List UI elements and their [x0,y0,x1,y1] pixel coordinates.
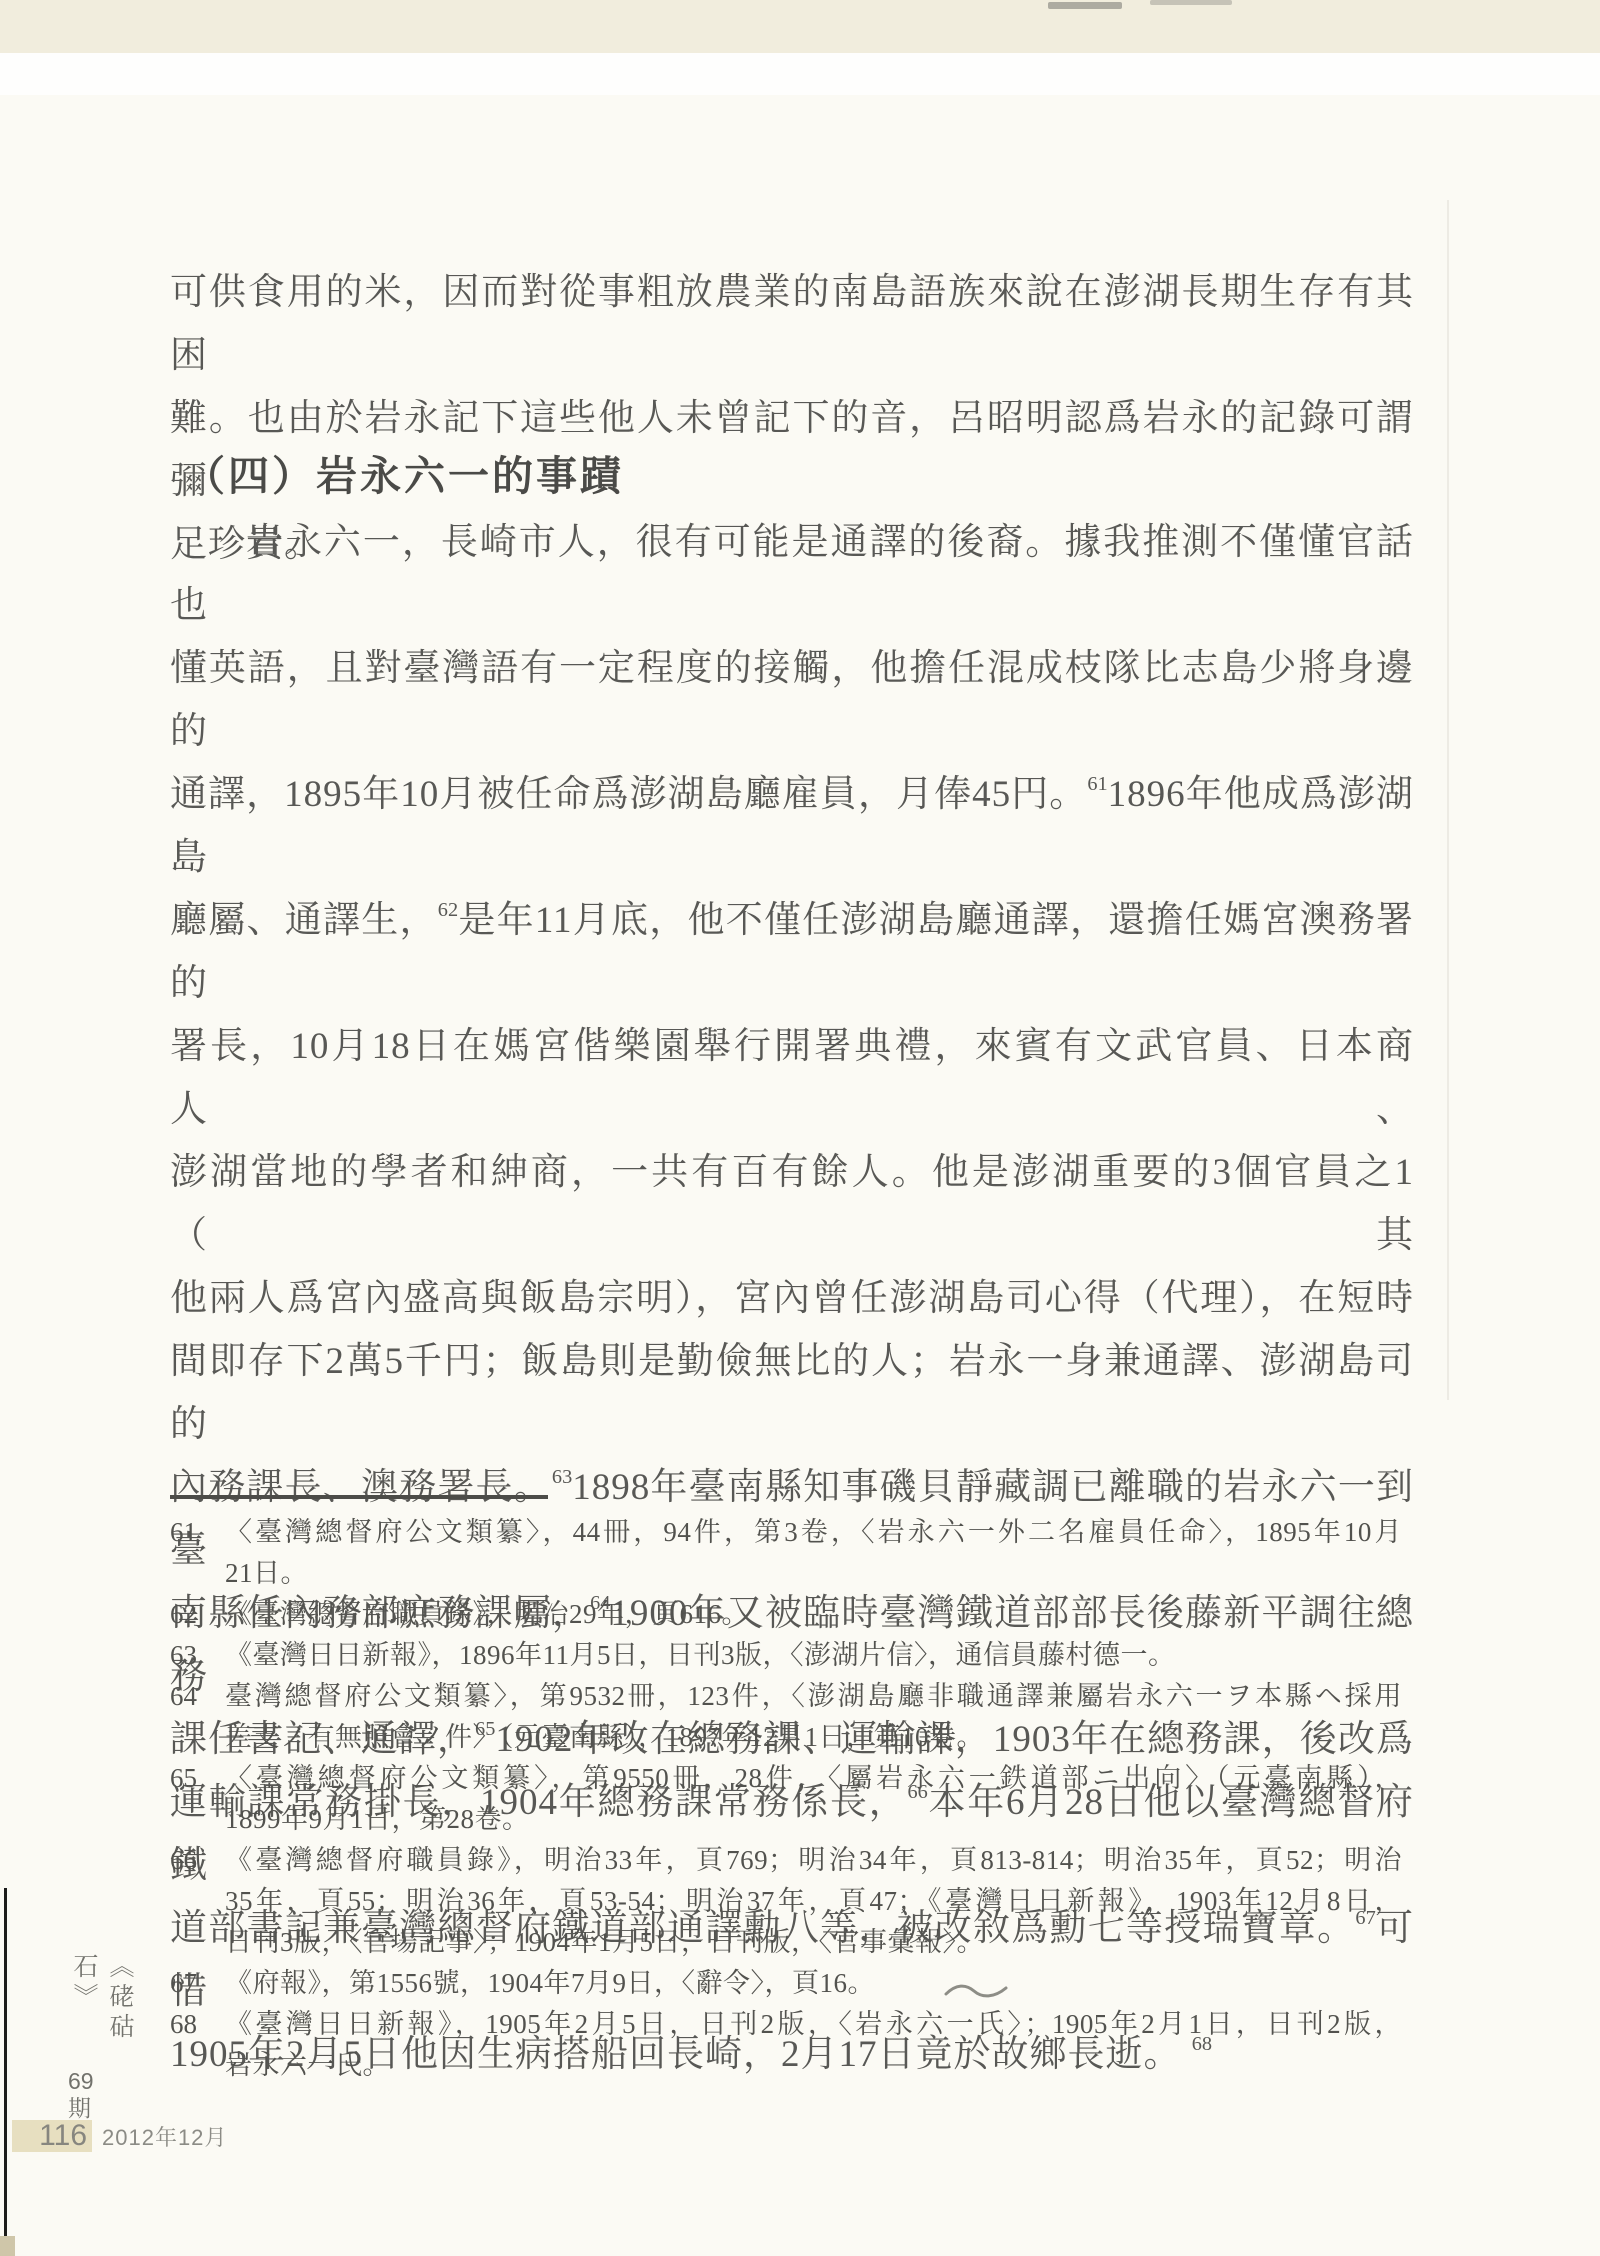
footnote-item: 63《臺灣日日新報》，1896年11月5日，日刊3版，〈澎湖片信〉，通信員藤村德… [170,1635,1402,1676]
footnote-marker: 62 [438,899,458,921]
body-text-line: 懂英語，且對臺灣語有一定程度的接觸，他擔任混成枝隊比志島少將身邊的 [170,637,1414,763]
journal-issue-date: 2012年12月 [102,2125,227,2151]
footnote-item: 62《臺灣總督府職員錄》，明治29年，頁616。 [170,1594,1402,1635]
body-text-line: 澎湖當地的學者和紳商，一共有百有餘人。他是澎湖重要的3個官員之1（其 [170,1141,1414,1267]
footnote-number: 66 [170,1840,225,1881]
page-number-badge: 116 [12,2120,92,2152]
section-heading: （四）岩永六一的事蹟 [184,450,1184,502]
scan-edge-strip [0,2236,15,2256]
footnote-text: 〈臺灣總督府公文類纂〉，44冊，94件，第3卷，〈岩永六一外二名雇員任命〉，18… [225,1512,1402,1594]
body-text-line: 間即存下2萬5千円；飯島則是勤儉無比的人；岩永一身兼通譯、澎湖島司的 [170,1330,1414,1456]
footnote-number: 62 [170,1594,225,1635]
footnote-text: 《臺灣總督府職員錄》，明治33年，頁769；明治34年，頁813-814；明治3… [225,1840,1402,1963]
footnote-text: 《臺灣日日新報》，1905年2月5日，日刊2版，〈岩永六一氏〉；1905年2月1… [225,2004,1402,2086]
footnote-text-line: 35年，頁55；明治36年，頁53-54；明治37年，頁47；《臺灣日日新報》，… [225,1881,1402,1922]
scan-smudge [1048,2,1122,9]
scan-smudge [1150,0,1232,5]
footnote-text-line: 臺灣總督府公文類纂〉，第9532冊，123件，〈澎湖島廳非職通譯兼屬岩永六一ヲ本… [225,1676,1402,1717]
footnote-marker: 63 [552,1466,572,1488]
body-text-line: 廳屬、通譯生，62是年11月底，他不僅任澎湖島廳通譯，還擔任媽宮澳務署的 [170,889,1414,1015]
footnote-item: 66《臺灣總督府職員錄》，明治33年，頁769；明治34年，頁813-814；明… [170,1840,1402,1963]
footnote-text: 《府報》，第1556號，1904年7月9日，〈辭令〉，頁16。 [225,1963,1402,2004]
footnote-text: 臺灣總督府公文類纂〉，第9532冊，123件，〈澎湖島廳非職通譯兼屬岩永六一ヲ本… [225,1676,1402,1758]
footnote-marker: 61 [1087,773,1107,795]
footnote-item: 67《府報》，第1556號，1904年7月9日，〈辭令〉，頁16。 [170,1963,1402,2004]
body-text-line: 通譯，1895年10月被任命爲澎湖島廳雇員，月俸45円。611896年他成爲澎湖… [170,763,1414,889]
footnote-number: 65 [170,1758,225,1799]
footnote-number: 68 [170,2004,225,2045]
footnote-item: 61〈臺灣總督府公文類纂〉，44冊，94件，第3卷，〈岩永六一外二名雇員任命〉，… [170,1512,1402,1594]
scan-crease-line [1447,200,1449,1400]
pen-mark-squiggle [942,1978,1012,2004]
scan-top-band [0,0,1600,53]
footnote-text: 《臺灣日日新報》，1896年11月5日，日刊3版，〈澎湖片信〉，通信員藤村德一。 [225,1635,1402,1676]
footnote-text-line: 21日。 [225,1553,1402,1594]
footnote-number: 64 [170,1676,225,1717]
footnote-text-line: 1899年9月1日，第28卷。 [225,1799,1402,1840]
body-text-line: 署長，10月18日在媽宮偕樂園舉行開署典禮，來賓有文武官員、日本商人、 [170,1015,1414,1141]
footnote-text-line: 岩永六一氏。 [225,2045,1402,2086]
footnote-text-line: 《臺灣日日新報》，1896年11月5日，日刊3版，〈澎湖片信〉，通信員藤村德一。 [225,1635,1402,1676]
footnote-separator [170,1495,548,1499]
footnote-text: 《臺灣總督府職員錄》，明治29年，頁616。 [225,1594,1402,1635]
footnote-number: 61 [170,1512,225,1553]
footnote-text-line: 〈臺灣總督府公文類纂〉，44冊，94件，第3卷，〈岩永六一外二名雇員任命〉，18… [225,1512,1402,1553]
body-text-line: 他兩人爲宮內盛高與飯島宗明），宮內曾任澎湖島司心得（代理），在短時 [170,1267,1414,1330]
footnote-item: 64臺灣總督府公文類纂〉，第9532冊，123件，〈澎湖島廳非職通譯兼屬岩永六一… [170,1676,1402,1758]
footnote-text-line: 日刊3版，〈官場記事〉；1904年1月5日，日刊版，〈官事彙報〉。 [225,1922,1402,1963]
footnote-number: 63 [170,1635,225,1676]
body-text-line: 可供食用的米，因而對從事粗放農業的南島語族來說在澎湖長期生存有其困 [170,261,1414,387]
body-text-line: 岩永六一，長崎市人，很有可能是通譯的後裔。據我推測不僅懂官話也 [170,511,1414,637]
scan-white-band [0,53,1600,95]
footnote-item: 68《臺灣日日新報》，1905年2月5日，日刊2版，〈岩永六一氏〉；1905年2… [170,2004,1402,2086]
journal-title-vertical: 《硓𥑮石》 [66,1953,138,2083]
footnote-text-line: 《臺灣日日新報》，1905年2月5日，日刊2版，〈岩永六一氏〉；1905年2月1… [225,2004,1402,2045]
footnote-item: 65〈臺灣總督府公文類纂〉，第9550冊，28件，〈屬岩永六一鉄道部ニ出向〉（元… [170,1758,1402,1840]
footnote-text-line: 〈臺灣總督府公文類纂〉，第9550冊，28件，〈屬岩永六一鉄道部ニ出向〉（元臺南… [225,1758,1402,1799]
footnote-number: 67 [170,1963,225,2004]
footnote-text-line: 《臺灣總督府職員錄》，明治33年，頁769；明治34年，頁813-814；明治3… [225,1840,1402,1881]
footnote-text-line: 《臺灣總督府職員錄》，明治29年，頁616。 [225,1594,1402,1635]
footnote-text-line: 《府報》，第1556號，1904年7月9日，〈辭令〉，頁16。 [225,1963,1402,2004]
footnotes-list: 61〈臺灣總督府公文類纂〉，44冊，94件，第3卷，〈岩永六一外二名雇員任命〉，… [170,1512,1402,2086]
footnote-text-line: 差支ノ有無照會ノ件〉（元臺南縣），1897年12月1日，第10卷。 [225,1717,1402,1758]
journal-issue-label: 69期 [68,2068,98,2122]
scan-edge-line [4,1888,7,2256]
scanned-journal-page: 可供食用的米，因而對從事粗放農業的南島語族來說在澎湖長期生存有其困難。也由於岩永… [0,0,1600,2256]
footnote-text: 〈臺灣總督府公文類纂〉，第9550冊，28件，〈屬岩永六一鉄道部ニ出向〉（元臺南… [225,1758,1402,1840]
